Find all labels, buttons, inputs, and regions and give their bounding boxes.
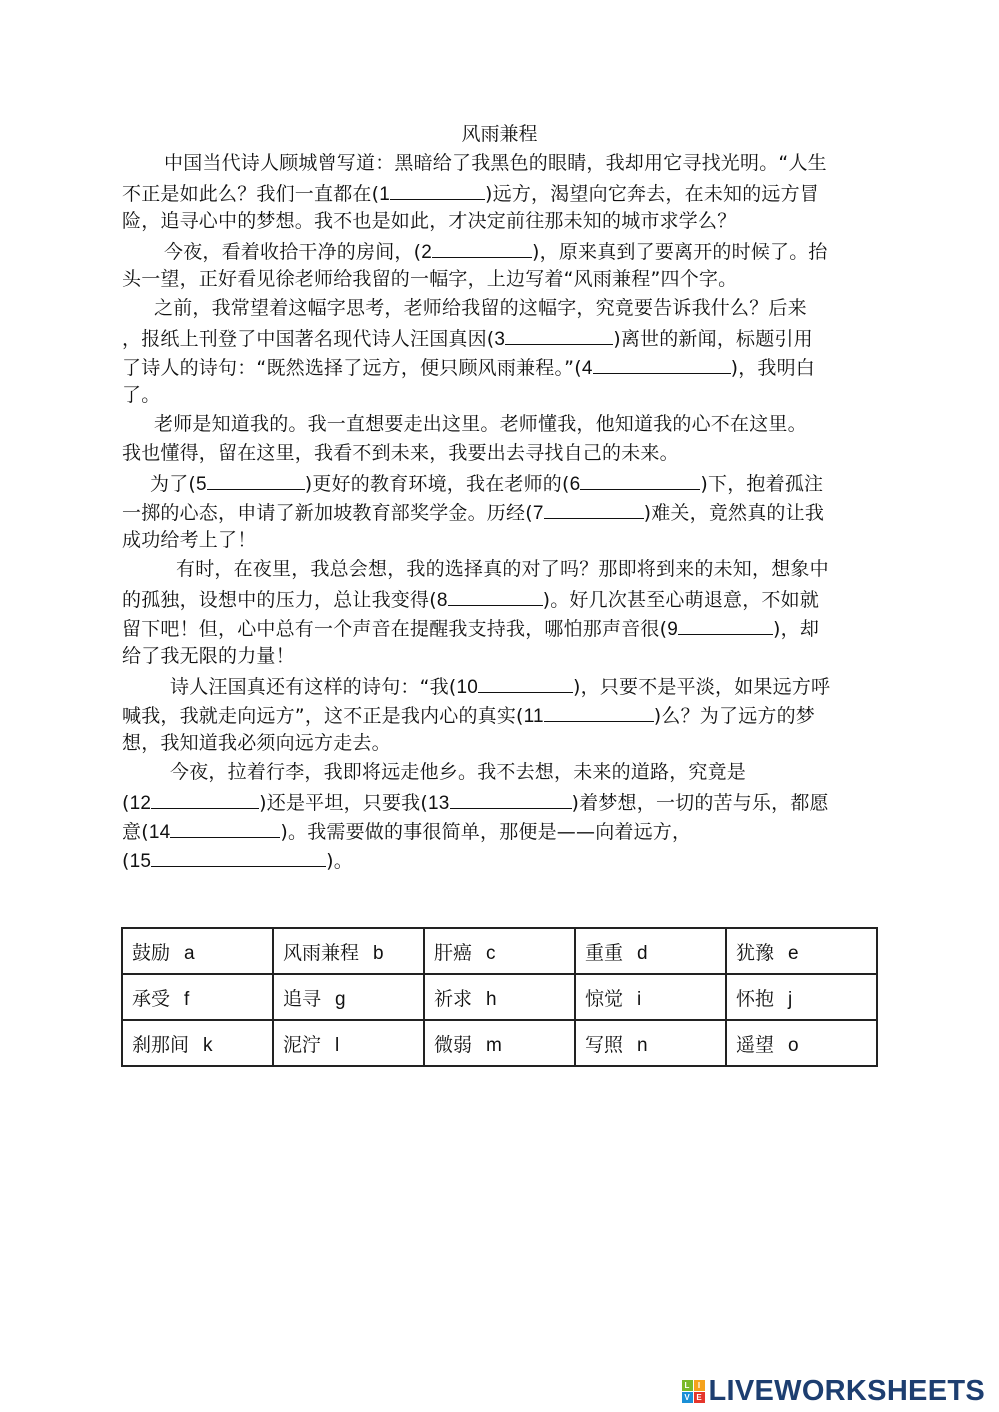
word-option-letter: c [486,943,496,964]
word-option: 遥望 [736,1034,774,1056]
word-option-letter: m [486,1035,502,1056]
passage-text: 想，我知道我必须向远方走去。 [122,732,391,754]
word-option: 肝癌 [434,942,472,964]
passage-text: )还是平坦，只要我( [259,792,428,814]
passage-line: 中国当代诗人顾城曾写道：黑暗给了我黑色的眼睛，我却用它寻找光明。“人生 [122,150,827,176]
passage-text: )，只要不是平淡，如果远方呼 [573,676,830,698]
passage-text: )难关，竟然真的让我 [644,502,824,524]
blank-number: 3 [494,329,505,350]
passage-line: (12)还是平坦，只要我(13)着梦想，一切的苦与乐，都愿 [122,788,829,817]
word-option-letter: o [788,1035,799,1056]
passage-text: )更好的教育环境，我在老师的( [305,473,570,495]
worksheet-title: 风雨兼程 [0,121,999,147]
answer-blank[interactable] [450,788,572,809]
word-option-letter: a [184,943,195,964]
answer-blank[interactable] [207,469,305,490]
passage-text: 喊我，我就走向远方”，这不正是我内心的真实( [122,705,524,727]
passage-line: 了。 [122,382,160,408]
word-bank-cell: 泥泞l [273,1020,424,1066]
passage-line: 不正是如此么？我们一直都在(1)远方，渴望向它奔去，在未知的远方冒 [122,179,819,208]
word-bank-cell: 刹那间k [122,1020,273,1066]
word-bank-cell: 怀抱j [726,974,877,1020]
passage-text: 头一望，正好看见徐老师给我留的一幅字，上边写着“风雨兼程”四个字。 [122,268,737,290]
logo-square: L [682,1380,693,1391]
logo-square: I [694,1380,705,1391]
passage-line: 一掷的心态，申请了新加坡教育部奖学金。历经(7)难关，竟然真的让我 [122,498,824,527]
passage-line: 险，追寻心中的梦想。我不也是如此，才决定前往那未知的城市求学么？ [122,208,736,234]
logo-square: V [682,1392,693,1403]
answer-blank[interactable] [593,353,731,374]
passage-text: 我也懂得，留在这里，我看不到未来，我要出去寻找自己的未来。 [122,442,679,464]
passage-text: )，却 [773,618,819,640]
passage-text: ，报纸上刊登了中国著名现代诗人汪国真因( [122,328,494,350]
passage-text: 有时，在夜里，我总会想，我的选择真的对了吗？那即将到来的未知，想象中 [176,558,829,580]
word-bank-cell: 承受f [122,974,273,1020]
word-option: 重重 [585,942,623,964]
word-bank-row: 刹那间k泥泞l微弱m写照n遥望o [122,1020,877,1066]
word-bank-cell: 鼓励a [122,928,273,974]
passage-text: ( [122,850,130,872]
passage-text: 意( [122,821,149,843]
word-option: 泥泞 [283,1034,321,1056]
word-bank-row: 鼓励a风雨兼程b肝癌c重重d犹豫e [122,928,877,974]
passage-text: 今夜，拉着行李，我即将远走他乡。我不去想，未来的道路，究竟是 [170,761,746,783]
logo-icon: LIVE [682,1380,705,1403]
passage-line: 留下吧！但，心中总有一个声音在提醒我支持我，哪怕那声音很(9)，却 [122,614,819,643]
passage-line: 为了(5)更好的教育环境，我在老师的(6)下，抱着孤注 [122,469,823,498]
passage-text: 了。 [122,384,160,406]
word-option: 刹那间 [132,1034,189,1056]
word-option: 风雨兼程 [283,942,359,964]
word-bank-cell: 风雨兼程b [273,928,424,974]
logo-text: LIVEWORKSHEETS [709,1375,986,1408]
passage-text: 险，追寻心中的梦想。我不也是如此，才决定前往那未知的城市求学么？ [122,210,736,232]
passage-text: 诗人汪国真还有这样的诗句：“我( [170,676,456,698]
passage-text: 了诗人的诗句：“既然选择了远方，便只顾风雨兼程。”( [122,357,582,379]
answer-blank[interactable] [448,585,543,606]
passage-line: 今夜，看着收拾干净的房间，(2)，原来真到了要离开的时候了。抬 [122,237,828,266]
word-option-letter: g [335,989,346,1010]
answer-blank[interactable] [151,846,326,867]
word-bank-cell: 惊觉i [575,974,726,1020]
passage-text: )下，抱着孤注 [700,473,823,495]
word-bank-table: 鼓励a风雨兼程b肝癌c重重d犹豫e承受f追寻g祈求h惊觉i怀抱j刹那间k泥泞l微… [121,927,878,1067]
word-option: 追寻 [283,988,321,1010]
passage-line: 老师是知道我的。我一直想要走出这里。老师懂我，他知道我的心不在这里。 [122,411,807,437]
word-option-letter: n [637,1035,648,1056]
blank-number: 14 [149,822,171,843]
word-bank-cell: 肝癌c [424,928,575,974]
blank-number: 13 [428,793,450,814]
answer-blank[interactable] [505,324,613,345]
word-bank-cell: 重重d [575,928,726,974]
word-bank-cell: 遥望o [726,1020,877,1066]
passage-text: )远方，渴望向它奔去，在未知的远方冒 [485,183,819,205]
passage-text: ( [122,792,130,814]
passage-line: 今夜，拉着行李，我即将远走他乡。我不去想，未来的道路，究竟是 [122,759,746,785]
passage-text: 不正是如此么？我们一直都在( [122,183,379,205]
answer-blank[interactable] [432,237,532,258]
blank-number: 4 [582,358,593,379]
answer-blank[interactable] [580,469,700,490]
passage-text: 今夜，看着收拾干净的房间，( [164,241,421,263]
answer-blank[interactable] [170,817,280,838]
passage-line: 之前，我常望着这幅字思考，老师给我留的这幅字，究竟要告诉我什么？后来 [122,295,807,321]
word-option-letter: k [203,1035,213,1056]
blank-number: 5 [196,474,207,495]
word-bank-cell: 犹豫e [726,928,877,974]
passage-text: )着梦想，一切的苦与乐，都愿 [572,792,829,814]
word-option-letter: d [637,943,648,964]
word-option-letter: e [788,943,799,964]
passage-line: 给了我无限的力量！ [122,643,295,669]
blank-number: 6 [570,474,581,495]
word-bank-cell: 微弱m [424,1020,575,1066]
passage-line: 喊我，我就走向远方”，这不正是我内心的真实(11)么？为了远方的梦 [122,701,815,730]
blank-number: 11 [524,706,544,727]
blank-number: 12 [130,793,152,814]
logo-square: E [694,1392,705,1403]
answer-blank[interactable] [478,672,573,693]
blank-number: 9 [667,619,678,640]
blank-number: 1 [379,184,390,205]
passage-text: 为了( [150,473,196,495]
word-option: 怀抱 [736,988,774,1010]
passage-text: 一掷的心态，申请了新加坡教育部奖学金。历经( [122,502,533,524]
answer-blank[interactable] [151,788,259,809]
word-option: 承受 [132,988,170,1010]
passage-text: 给了我无限的力量！ [122,645,295,667]
word-option: 祈求 [434,988,472,1010]
passage-text: )。好几次甚至心萌退意，不如就 [543,589,819,611]
word-option-letter: h [486,989,497,1010]
passage-text: )离世的新闻，标题引用 [613,328,813,350]
passage-line: ，报纸上刊登了中国著名现代诗人汪国真因(3)离世的新闻，标题引用 [122,324,813,353]
passage-line: 诗人汪国真还有这样的诗句：“我(10)，只要不是平淡，如果远方呼 [122,672,830,701]
word-option: 微弱 [434,1034,472,1056]
word-bank-row: 承受f追寻g祈求h惊觉i怀抱j [122,974,877,1020]
word-bank-cell: 祈求h [424,974,575,1020]
passage-text: )么？为了远方的梦 [654,705,815,727]
blank-number: 10 [456,677,478,698]
word-option: 惊觉 [585,988,623,1010]
passage-line: 成功给考上了！ [122,527,256,553]
passage-text: )。 [326,850,353,872]
word-option: 犹豫 [736,942,774,964]
passage-text: 老师是知道我的。我一直想要走出这里。老师懂我，他知道我的心不在这里。 [154,413,807,435]
passage-text: 的孤独，设想中的压力，总让我变得( [122,589,437,611]
word-option: 鼓励 [132,942,170,964]
word-option-letter: j [788,989,792,1010]
blank-number: 7 [533,503,544,524]
answer-blank[interactable] [544,701,654,722]
passage-line: 有时，在夜里，我总会想，我的选择真的对了吗？那即将到来的未知，想象中 [122,556,829,582]
word-bank-cell: 写照n [575,1020,726,1066]
passage-text: 留下吧！但，心中总有一个声音在提醒我支持我，哪怕那声音很( [122,618,667,640]
passage-text: )，我明白 [731,357,815,379]
passage-line: 了诗人的诗句：“既然选择了远方，便只顾风雨兼程。”(4)，我明白 [122,353,815,382]
word-bank-cell: 追寻g [273,974,424,1020]
word-option-letter: f [184,989,189,1010]
passage-line: 想，我知道我必须向远方走去。 [122,730,391,756]
passage-line: 意(14)。我需要做的事很简单，那便是——向着远方， [122,817,691,846]
passage-text: 之前，我常望着这幅字思考，老师给我留的这幅字，究竟要告诉我什么？后来 [154,297,807,319]
word-option: 写照 [585,1034,623,1056]
passage-line: 我也懂得，留在这里，我看不到未来，我要出去寻找自己的未来。 [122,440,679,466]
answer-blank[interactable] [390,179,485,200]
answer-blank[interactable] [678,614,773,635]
answer-blank[interactable] [544,498,644,519]
liveworksheets-logo: LIVE LIVEWORKSHEETS [682,1375,986,1408]
passage-line: 的孤独，设想中的压力，总让我变得(8)。好几次甚至心萌退意，不如就 [122,585,819,614]
passage-text: 成功给考上了！ [122,529,256,551]
blank-number: 2 [421,242,432,263]
word-option-letter: i [637,989,641,1010]
blank-number: 15 [130,851,152,872]
word-option-letter: l [335,1035,339,1056]
passage-line: 头一望，正好看见徐老师给我留的一幅字，上边写着“风雨兼程”四个字。 [122,266,737,292]
word-option-letter: b [373,943,384,964]
passage-line: (15)。 [122,846,353,875]
passage-text: 中国当代诗人顾城曾写道：黑暗给了我黑色的眼睛，我却用它寻找光明。“人生 [164,152,827,174]
blank-number: 8 [437,590,448,611]
passage-text: )，原来真到了要离开的时候了。抬 [532,241,828,263]
passage-text: )。我需要做的事很简单，那便是——向着远方， [280,821,691,843]
